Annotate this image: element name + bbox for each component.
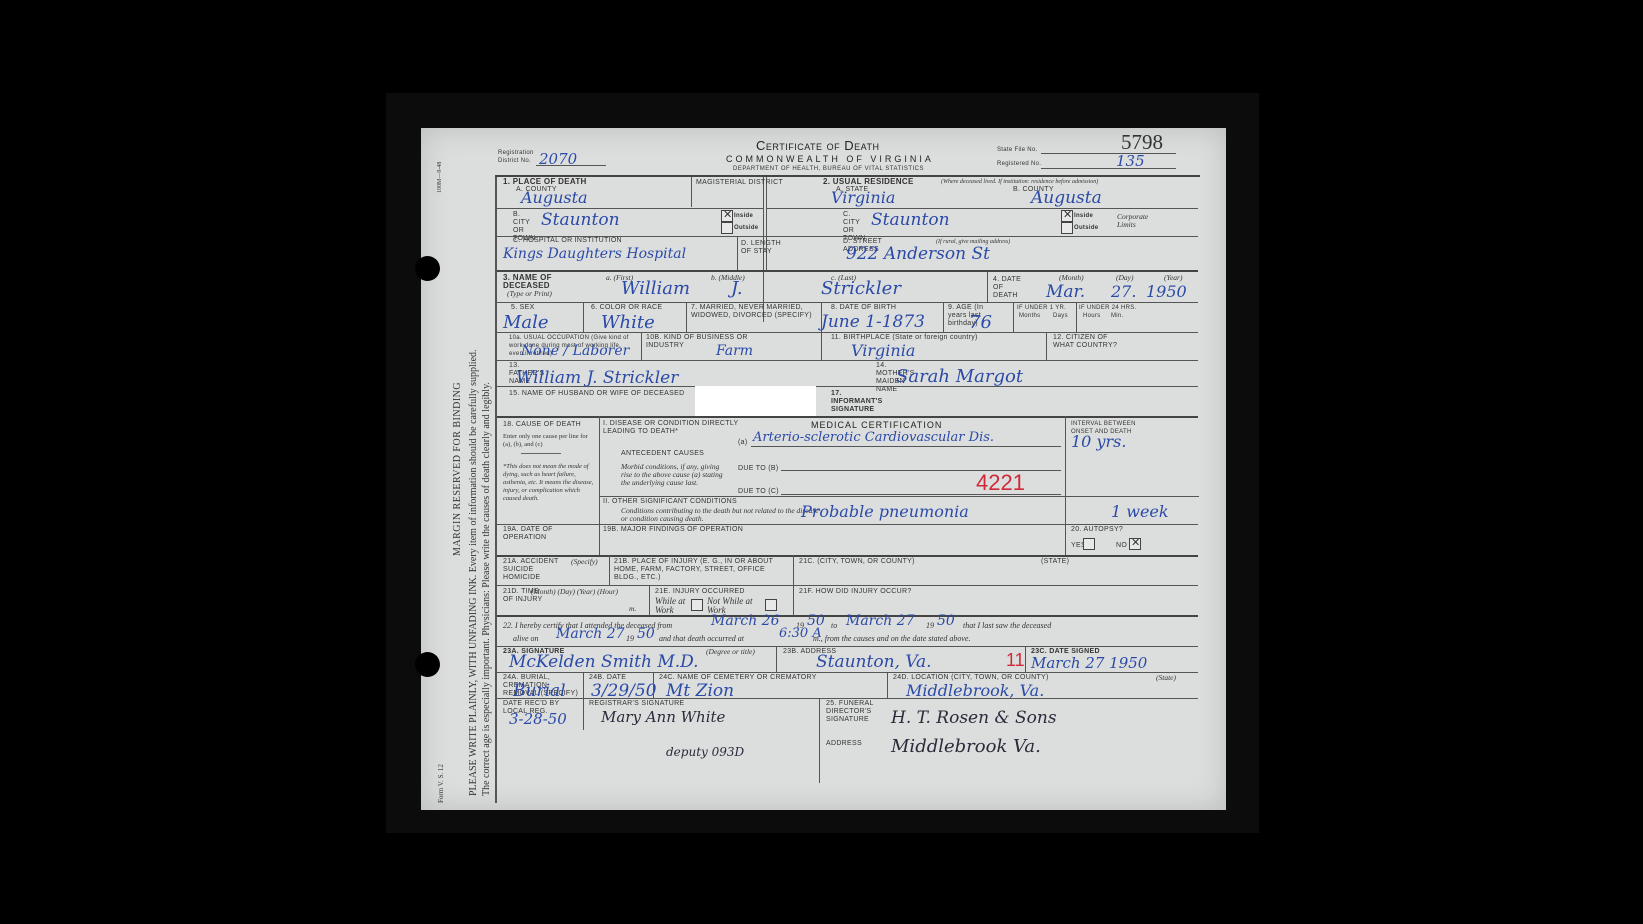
- death-city: Staunton: [541, 210, 620, 230]
- instruction-line-1: PLEASE WRITE PLAINLY, WITH UNFADING INK.…: [468, 349, 479, 796]
- age-value: 76: [969, 312, 992, 333]
- registrar-signature: Mary Ann White: [601, 708, 725, 726]
- date-received: 3-28-50: [509, 710, 567, 728]
- attended-from: March 26: [711, 613, 780, 629]
- instruction-line-2: The correct age is especially important.…: [481, 382, 492, 796]
- residence-county: Augusta: [1031, 188, 1102, 208]
- mother-maiden-name: Sarah Margot: [896, 366, 1023, 387]
- deputy-note: deputy 093D: [666, 745, 744, 759]
- punch-hole: [415, 256, 440, 281]
- race-value: White: [601, 312, 655, 333]
- print-code: 100M—9-48: [437, 162, 443, 193]
- registration-district-label: Registration District No.: [498, 149, 538, 165]
- outside-checkbox[interactable]: [721, 222, 733, 234]
- residence-inside-checkbox[interactable]: ✕: [1061, 210, 1073, 222]
- usual-residence-label: 2. USUAL RESIDENCE: [823, 178, 914, 186]
- physician-signature: McKelden Smith M.D.: [509, 652, 699, 672]
- registered-label: Registered No.: [997, 160, 1041, 168]
- business-value: Farm: [716, 343, 753, 359]
- death-certificate: Form V. S. 12 100M—9-48 MARGIN RESERVED …: [421, 128, 1226, 810]
- last-seen-alive: March 27: [556, 626, 625, 642]
- autopsy-yes-checkbox[interactable]: [1083, 538, 1095, 550]
- interval-other: 1 week: [1111, 502, 1169, 521]
- birthplace-value: Virginia: [851, 341, 915, 360]
- funeral-director-signature: H. T. Rosen & Sons: [891, 708, 1057, 728]
- autopsy-no-checkbox[interactable]: ✕: [1129, 538, 1141, 550]
- birth-date: June 1-1873: [821, 312, 925, 332]
- certificate-title: Certificate of Death: [756, 138, 880, 153]
- inside-checkbox[interactable]: ✕: [721, 210, 733, 222]
- residence-outside-checkbox[interactable]: [1061, 222, 1073, 234]
- occupation-value: None / Laborer: [521, 343, 629, 359]
- residence-street: 922 Anderson St: [846, 244, 990, 264]
- attended-to: March 27: [846, 613, 915, 629]
- address-mark: 11: [1006, 650, 1025, 671]
- date-signed: March 27 1950: [1031, 654, 1147, 672]
- deceased-middle-name: J.: [731, 278, 743, 299]
- state-file-label: State File No.: [997, 146, 1038, 154]
- redacted-area: [695, 386, 816, 416]
- hospital-name: Kings Daughters Hospital: [503, 246, 686, 262]
- cause-code: 4221: [976, 470, 1025, 496]
- residence-city: Staunton: [871, 210, 950, 230]
- while-at-work-checkbox[interactable]: [691, 599, 703, 611]
- department-title: Department of Health, Bureau of Vital St…: [733, 166, 924, 172]
- death-month: Mar.: [1046, 282, 1085, 302]
- deceased-last-name: Strickler: [821, 278, 901, 299]
- medical-certification-title: MEDICAL CERTIFICATION: [811, 420, 942, 430]
- deceased-first-name: William: [621, 278, 690, 299]
- form-number: Form V. S. 12: [437, 764, 445, 803]
- punch-hole: [415, 652, 440, 677]
- cause-a: Arterio-sclerotic Cardiovascular Dis.: [753, 430, 994, 445]
- father-name: William J. Strickler: [516, 368, 678, 388]
- death-county: Augusta: [521, 188, 588, 207]
- commonwealth-title: COMMONWEALTH OF VIRGINIA: [726, 154, 934, 164]
- death-year: 1950: [1146, 282, 1187, 301]
- binding-margin-note: MARGIN RESERVED FOR BINDING: [452, 382, 463, 556]
- other-conditions: Probable pneumonia: [801, 502, 969, 521]
- interval-a: 10 yrs.: [1071, 432, 1126, 451]
- registration-district-value: 2070: [539, 150, 577, 168]
- physician-address: Staunton, Va.: [816, 652, 932, 672]
- funeral-director-address: Middlebrook Va.: [891, 736, 1041, 757]
- residence-state: Virginia: [831, 188, 895, 207]
- place-of-death-label: 1. PLACE OF DEATH: [503, 178, 587, 186]
- not-while-at-work-checkbox[interactable]: [765, 599, 777, 611]
- death-day: 27.: [1111, 282, 1136, 301]
- registered-number: 135: [1116, 152, 1145, 170]
- sex-value: Male: [503, 312, 549, 333]
